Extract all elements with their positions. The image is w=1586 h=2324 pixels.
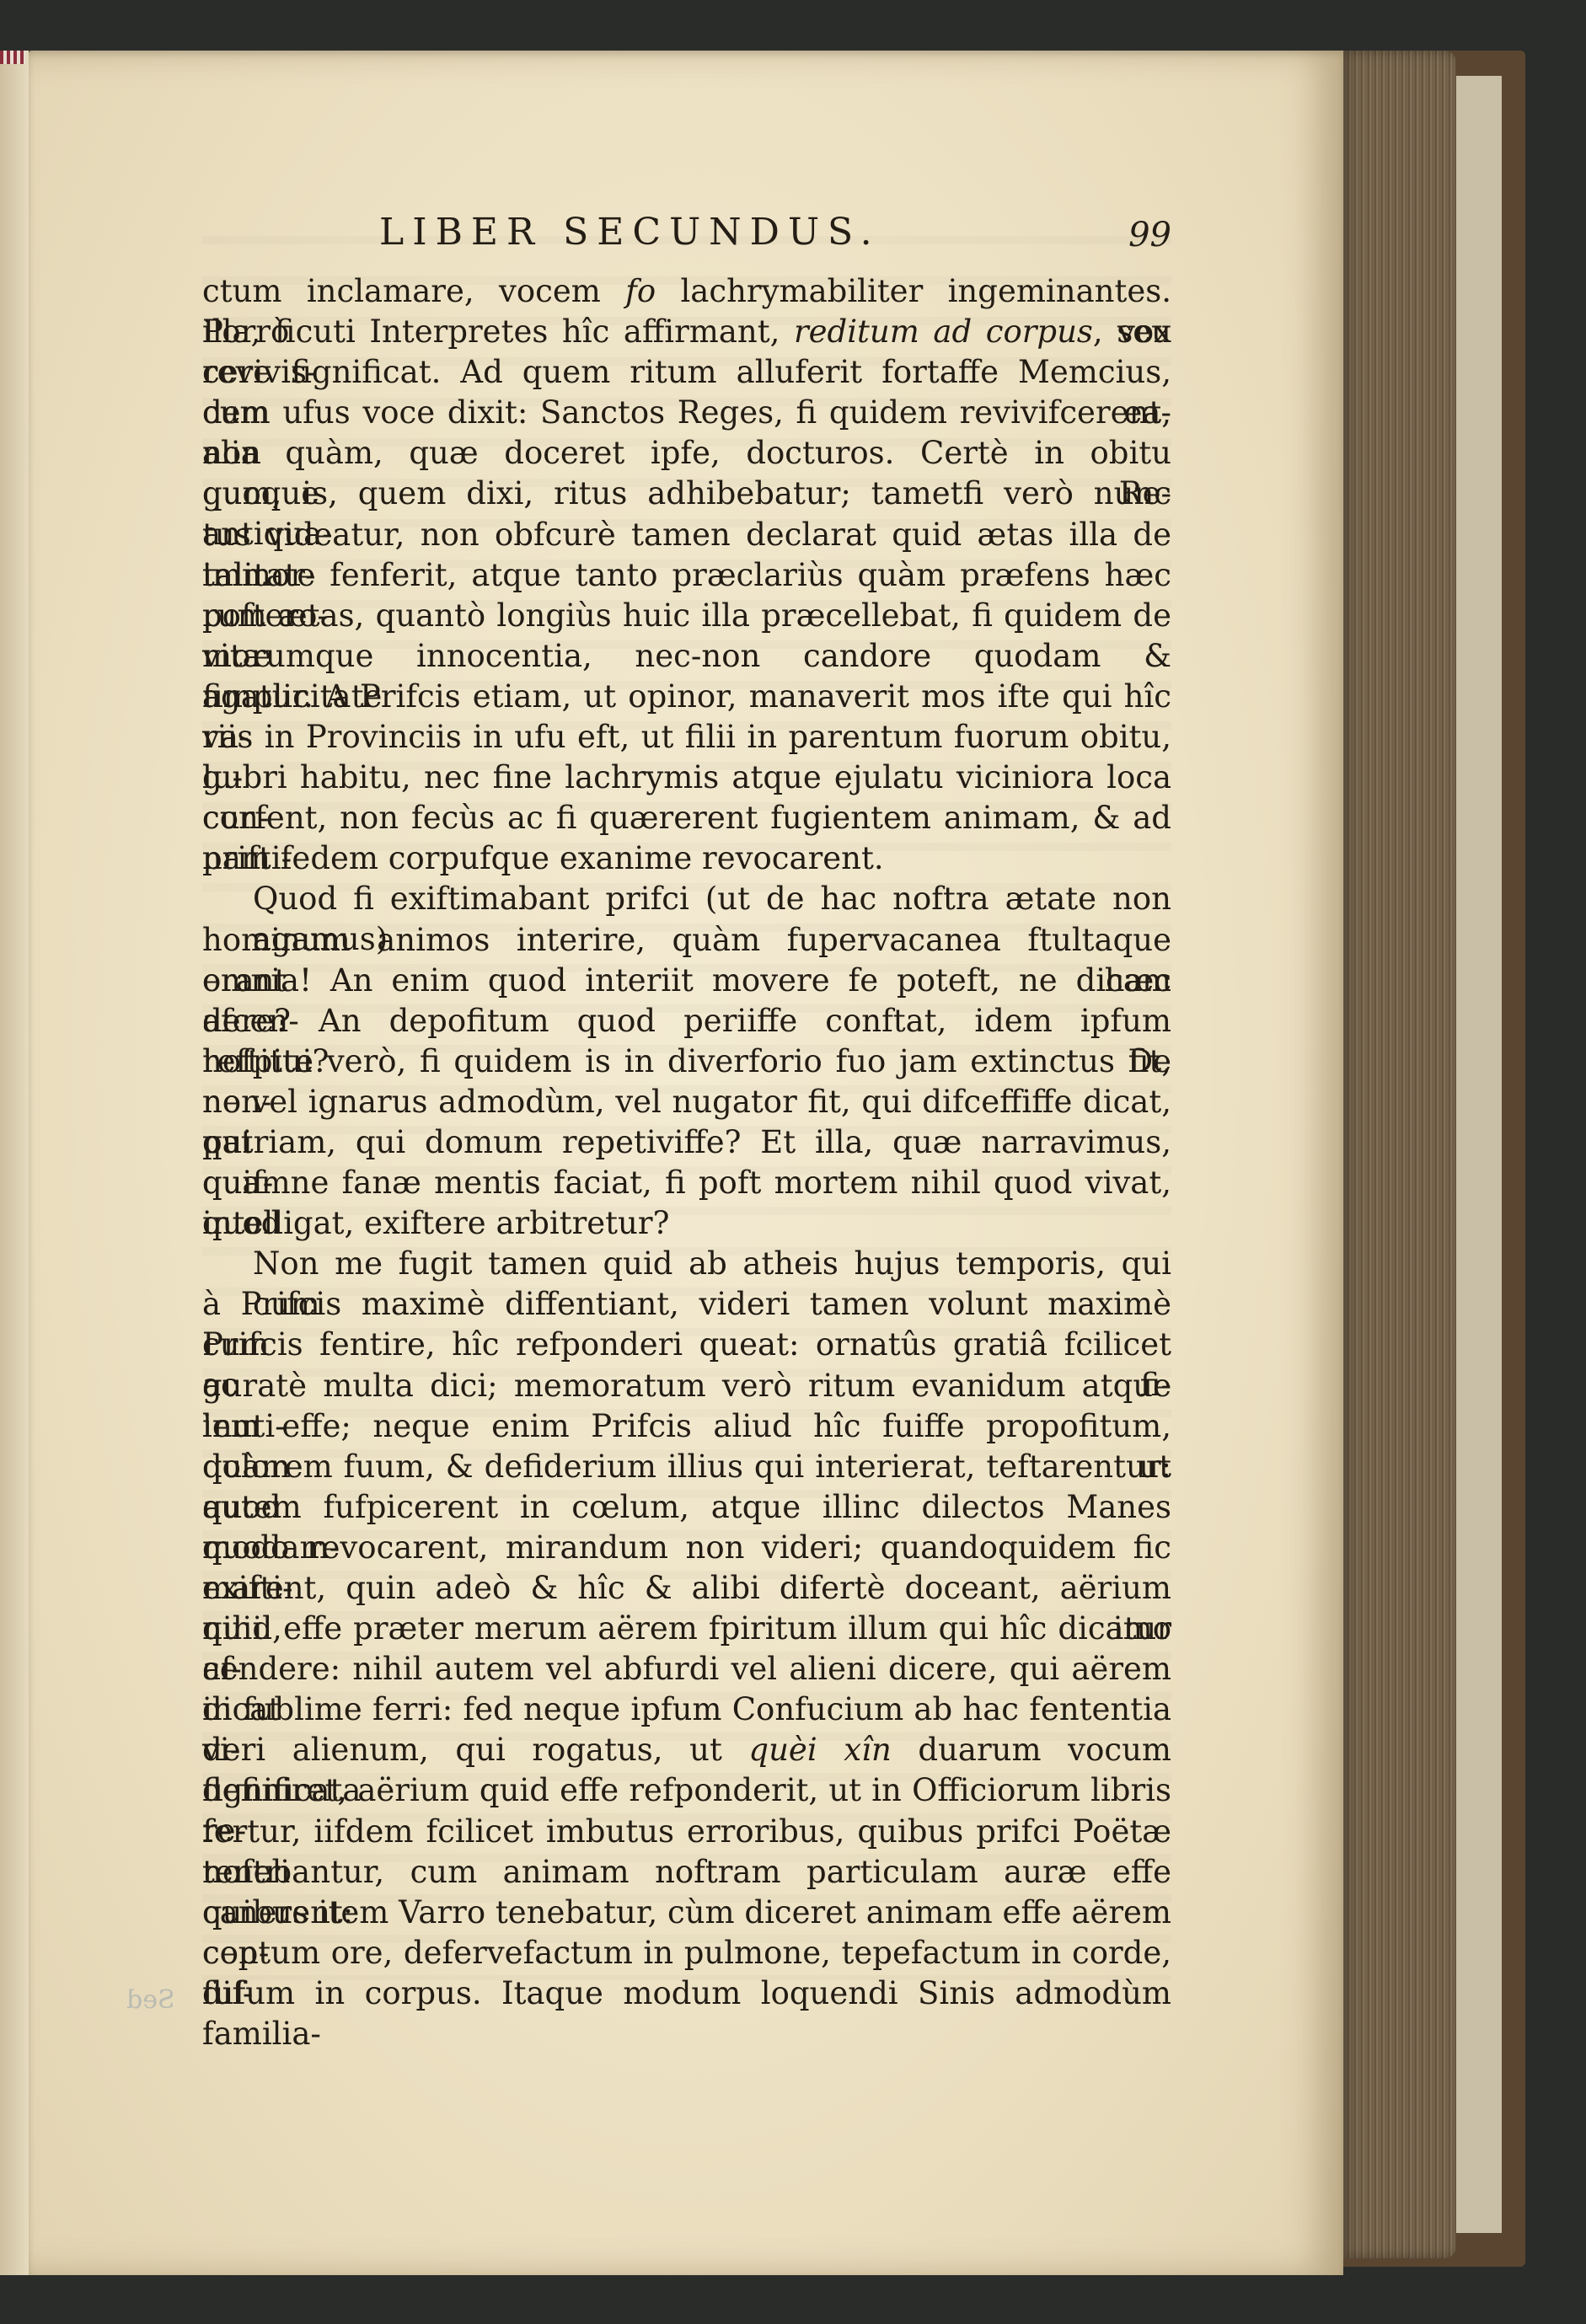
text-line-content: in fublime ferri: fed neque ipfum Confuc… [202, 1689, 1171, 1730]
text-line: cendere: nihil autem vel abfurdi vel ali… [202, 1649, 1171, 1689]
text-line-content: quamne fanæ mentis faciat, fi poft morte… [202, 1163, 1171, 1203]
text-line: rum ætas, quantò longiùs huic illa præce… [202, 596, 1171, 636]
text-line: nam fedem corpufque exanime revocarent. [202, 838, 1171, 879]
body-text: ctum inclamare, vocem fo lachrymabiliter… [202, 271, 1171, 2014]
text-line-content: autem fufpicerent in cœlum, atque illinc… [202, 1487, 1171, 1528]
text-line-content: cere fignificat. Ad quem ritum alluferit… [202, 352, 1171, 393]
page-number: 99 [1128, 216, 1171, 254]
text-line: gubri habitu, nec fine lachrymis atque e… [202, 758, 1171, 798]
text-line-content: ctum inclamare, vocem fo lachrymabiliter… [202, 271, 1171, 312]
text-line-content: deri alienum, qui rogatus, ut quèi xîn d… [202, 1730, 1171, 1770]
facing-page-edge [0, 51, 30, 2275]
text-line: illa, ficuti Interpretes hîc affirmant, … [202, 312, 1171, 352]
text-line-content: curfent, non fecùs ac fi quærerent fugie… [202, 798, 1171, 838]
text-line-content: hominum animos interire, quàm fupervacan… [202, 920, 1171, 961]
headband [0, 51, 25, 64]
text-line: fufum in corpus. Itaque modum loquendi S… [202, 1973, 1171, 2014]
text-line: agatur. A Prifcis etiam, ut opinor, mana… [202, 677, 1171, 717]
text-line-content: à Prifcis maximè diffentiant, videri tam… [202, 1284, 1171, 1325]
text-line: patriam, qui domum repetiviffe? Et illa,… [202, 1122, 1171, 1163]
text-line: dere? An depofitum quod periiffe conftat… [202, 1001, 1171, 1042]
text-line-content: morumque innocentia, nec-non candore quo… [202, 636, 1171, 677]
text-line: modo revocarent, mirandum non videri; qu… [202, 1528, 1171, 1568]
text-line: ceptum ore, defervefactum in pulmone, te… [202, 1933, 1171, 1973]
text-line: omnia! An enim quod interiit movere fe p… [202, 961, 1171, 1001]
text-line-content: hofpite verò, fi quidem is in diverforio… [202, 1042, 1171, 1082]
text-line-content: modo revocarent, mirandum non videri; qu… [202, 1528, 1171, 1568]
running-title: LIBER SECUNDUS. [379, 211, 881, 254]
text-line-content: lem effe; neque enim Prifcis aliud hîc f… [202, 1406, 1171, 1447]
text-line: alia quàm, quæ doceret ipfe, docturos. C… [202, 433, 1171, 474]
text-line-content: tus videatur, non obfcurè tamen declarat… [202, 515, 1171, 555]
text-line-content: omnia! An enim quod interiit movere fe p… [202, 961, 1171, 1001]
text-line-content: definiret, aërium quid effe refponderit,… [202, 1770, 1171, 1811]
text-line: curfent, non fecùs ac fi quærerent fugie… [202, 798, 1171, 838]
text-line-content: tenebantur, cum animam noftram particula… [202, 1852, 1171, 1893]
text-line-content: cendere: nihil autem vel abfurdi vel ali… [202, 1649, 1171, 1689]
endpaper [1449, 76, 1502, 2233]
text-line: Quod fi exiftimabant prifci (ut de hac n… [202, 879, 1171, 919]
text-line: deri alienum, qui rogatus, ut quèi xîn d… [202, 1730, 1171, 1770]
text-line: lem effe; neque enim Prifcis aliud hîc f… [202, 1406, 1171, 1447]
text-line-content: nam fedem corpufque exanime revocarent. [202, 838, 1171, 879]
text-line: cere fignificat. Ad quem ritum alluferit… [202, 352, 1171, 393]
text-line: tus videatur, non obfcurè tamen declarat… [202, 515, 1171, 555]
text-line-content: rum ætas, quantò longiùs huic illa præce… [202, 596, 1171, 636]
text-line-content: dem ufus voce dixit: Sanctos Reges, fi q… [202, 393, 1171, 433]
text-line-content: Quod fi exiftimabant prifci (ut de hac n… [253, 879, 1171, 919]
text-line: hominum animos interire, quàm fupervacan… [202, 920, 1171, 961]
text-line: hofpite verò, fi quidem is in diverforio… [202, 1042, 1171, 1082]
text-line: à Prifcis maximè diffentiant, videri tam… [202, 1284, 1171, 1325]
text-line-content: quibus item Varro tenebatur, cùm diceret… [202, 1893, 1171, 1933]
page-edges [1338, 51, 1456, 2258]
text-line-content: fufum in corpus. Itaque modum loquendi S… [202, 1973, 1171, 2014]
text-line: Prifcis fentire, hîc refponderi queat: o… [202, 1325, 1171, 1365]
text-line-content: dolorem fuum, & defiderium illius qui in… [202, 1447, 1171, 1487]
text-line-content: Non me fugit tamen quid ab atheis hujus … [253, 1244, 1171, 1284]
text-line-content: gubri habitu, nec fine lachrymis atque e… [202, 758, 1171, 798]
text-line-content: agatur. A Prifcis etiam, ut opinor, mana… [202, 677, 1171, 717]
text-line: nihil effe præter merum aërem fpiritum i… [202, 1609, 1171, 1649]
text-line: talitate fenferit, atque tanto præclariù… [202, 555, 1171, 596]
text-line-content: talitate fenferit, atque tanto præclariù… [202, 555, 1171, 596]
text-line: guratè multa dici; memoratum verò ritum … [202, 1366, 1171, 1406]
text-line-content: patriam, qui domum repetiviffe? Et illa,… [202, 1122, 1171, 1163]
text-line-content: dere? An depofitum quod periiffe conftat… [202, 1001, 1171, 1042]
running-head: LIBER SECUNDUS. 99 [202, 211, 1171, 270]
text-line-content: ne vel ignarus admodùm, vel nugator fit,… [202, 1082, 1171, 1122]
text-line-content: Prifcis fentire, hîc refponderi queat: o… [202, 1325, 1171, 1365]
text-line: quibus item Varro tenebatur, cùm diceret… [202, 1893, 1171, 1933]
text-line-content: guratè multa dici; memoratum verò ritum … [202, 1366, 1171, 1406]
text-line: definiret, aërium quid effe refponderit,… [202, 1770, 1171, 1811]
text-line-content: marent, quin adeò & hîc & alibi difertè … [202, 1568, 1171, 1609]
text-line: tenebantur, cum animam noftram particula… [202, 1852, 1171, 1893]
text-line: marent, quin adeò & hîc & alibi difertè … [202, 1568, 1171, 1609]
text-line: Non me fugit tamen quid ab atheis hujus … [202, 1244, 1171, 1284]
text-line-content: ceptum ore, defervefactum in pulmone, te… [202, 1933, 1171, 1973]
text-line: gum, is, quem dixi, ritus adhibebatur; t… [202, 474, 1171, 514]
text-line-content: gum, is, quem dixi, ritus adhibebatur; t… [202, 474, 1171, 514]
bleed-through-catchword: Sed [126, 1985, 175, 2015]
text-line: in fublime ferri: fed neque ipfum Confuc… [202, 1689, 1171, 1730]
text-line: dem ufus voce dixit: Sanctos Reges, fi q… [202, 393, 1171, 433]
text-line-content: nihil effe præter merum aërem fpiritum i… [202, 1609, 1171, 1649]
text-line: quamne fanæ mentis faciat, fi poft morte… [202, 1163, 1171, 1203]
text-line-content: fertur, iifdem fcilicet imbutus erroribu… [202, 1812, 1171, 1852]
text-line-content: illa, ficuti Interpretes hîc affirmant, … [202, 312, 1171, 352]
text-line-content: intelligat, exiftere arbitretur? [202, 1203, 1171, 1244]
text-line: ne vel ignarus admodùm, vel nugator fit,… [202, 1082, 1171, 1122]
text-line-content: alia quàm, quæ doceret ipfe, docturos. C… [202, 433, 1171, 474]
text-line-content: riis in Provinciis in ufu eft, ut filii … [202, 717, 1171, 758]
text-line: morumque innocentia, nec-non candore quo… [202, 636, 1171, 677]
text-line: ctum inclamare, vocem fo lachrymabiliter… [202, 271, 1171, 312]
text-line: intelligat, exiftere arbitretur? [202, 1203, 1171, 1244]
text-line: dolorem fuum, & defiderium illius qui in… [202, 1447, 1171, 1487]
text-line: riis in Provinciis in ufu eft, ut filii … [202, 717, 1171, 758]
text-line: autem fufpicerent in cœlum, atque illinc… [202, 1487, 1171, 1528]
text-line: fertur, iifdem fcilicet imbutus erroribu… [202, 1812, 1171, 1852]
